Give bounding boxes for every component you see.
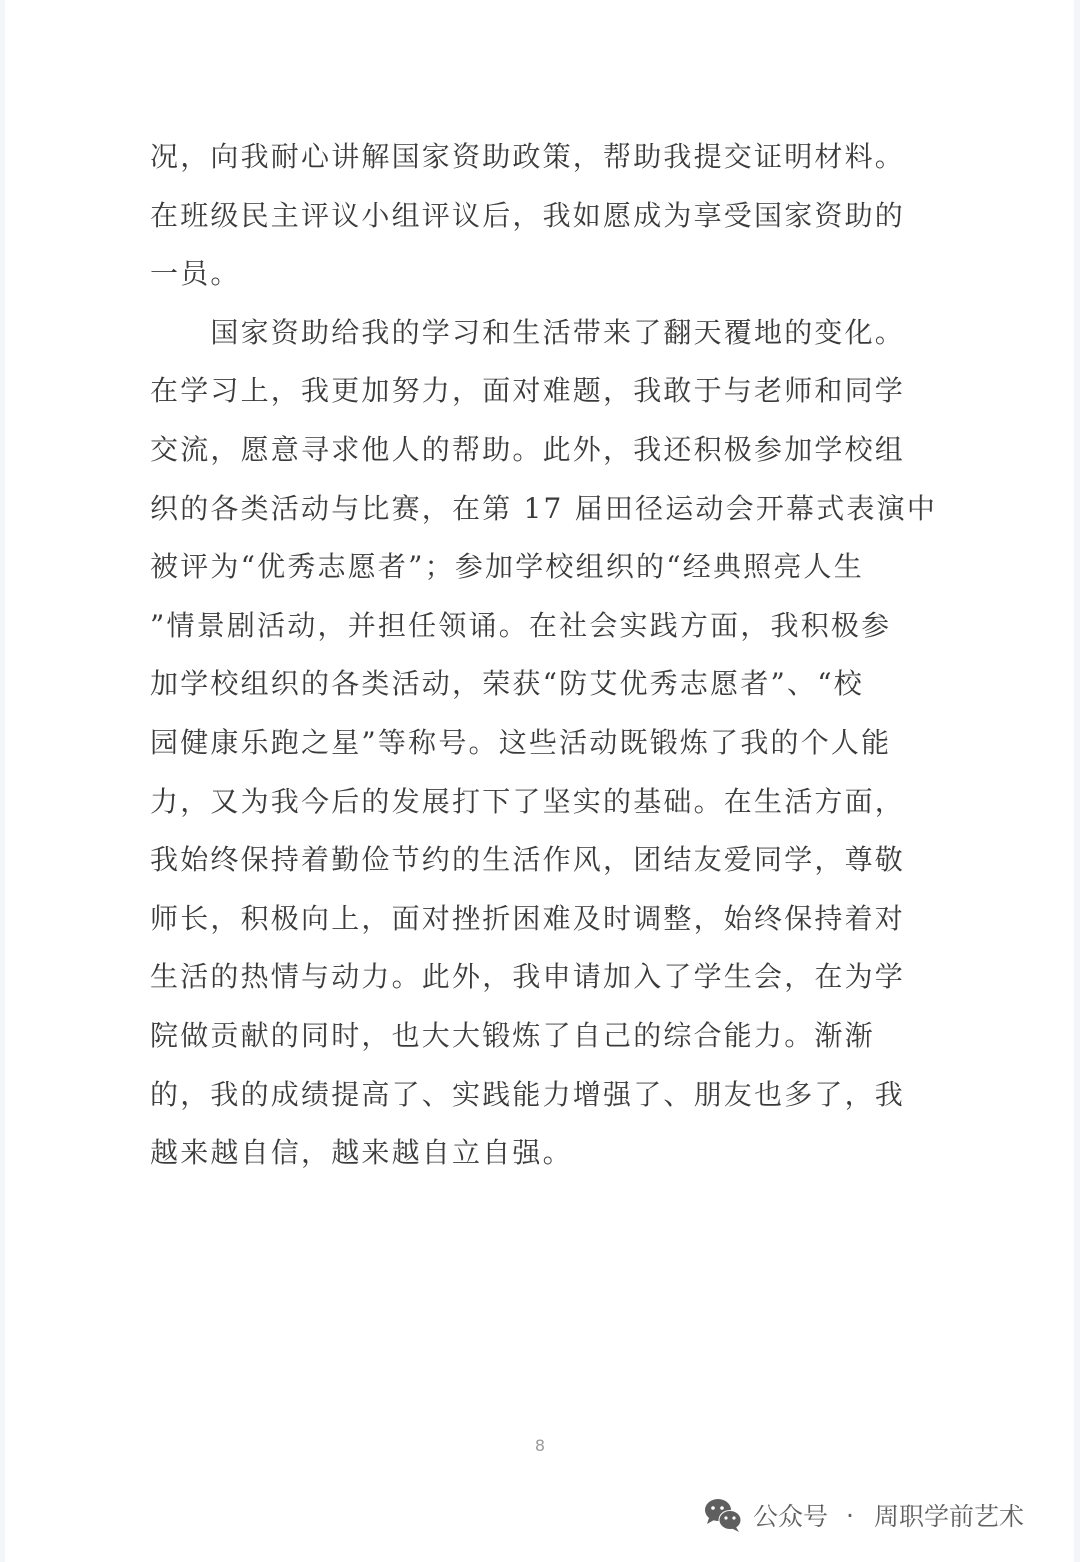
text-line: 在学习上，我更加努力，面对难题，我敢于与老师和同学 xyxy=(150,362,940,421)
text-line: 交流，愿意寻求他人的帮助。此外，我还积极参加学校组 xyxy=(150,421,940,480)
text-line: 我始终保持着勤俭节约的生活作风，团结友爱同学，尊敬 xyxy=(150,831,940,890)
text-line: 况，向我耐心讲解国家资助政策，帮助我提交证明材料。 xyxy=(150,128,940,187)
text-line: ”情景剧活动，并担任领诵。在社会实践方面，我积极参 xyxy=(150,597,940,656)
body-text: 况，向我耐心讲解国家资助政策，帮助我提交证明材料。 在班级民主评议小组评议后，我… xyxy=(150,128,940,1183)
text-line: 师长，积极向上，面对挫折困难及时调整，始终保持着对 xyxy=(150,890,940,949)
watermark-account-name: 周职学前艺术 xyxy=(874,1497,1024,1533)
text-line: 在班级民主评议小组评议后，我如愿成为享受国家资助的 xyxy=(150,187,940,246)
text-line: 一员。 xyxy=(150,245,940,304)
text-line: 加学校组织的各类活动，荣获“防艾优秀志愿者”、“校 xyxy=(150,655,940,714)
text-line: 被评为“优秀志愿者”；参加学校组织的“经典照亮人生 xyxy=(150,538,940,597)
wechat-icon xyxy=(703,1497,743,1533)
watermark-label: 公众号 xyxy=(753,1497,828,1533)
text-line: 国家资助给我的学习和生活带来了翻天覆地的变化。 xyxy=(150,304,940,363)
text-line: 的，我的成绩提高了、实践能力增强了、朋友也多了，我 xyxy=(150,1066,940,1125)
wechat-watermark: 公众号 · 周职学前艺术 xyxy=(703,1494,1024,1536)
page-number: 8 xyxy=(0,1436,1080,1455)
text-line: 院做贡献的同时，也大大锻炼了自己的综合能力。渐渐 xyxy=(150,1007,940,1066)
text-line: 生活的热情与动力。此外，我申请加入了学生会，在为学 xyxy=(150,948,940,1007)
text-line: 织的各类活动与比赛，在第 17 届田径运动会开幕式表演中 xyxy=(150,480,940,539)
text-line: 越来越自信，越来越自立自强。 xyxy=(150,1124,940,1183)
document-page: 况，向我耐心讲解国家资助政策，帮助我提交证明材料。 在班级民主评议小组评议后，我… xyxy=(0,0,1080,1562)
watermark-separator: · xyxy=(846,1501,854,1530)
text-line: 园健康乐跑之星”等称号。这些活动既锻炼了我的个人能 xyxy=(150,714,940,773)
text-line: 力，又为我今后的发展打下了坚实的基础。在生活方面， xyxy=(150,773,940,832)
